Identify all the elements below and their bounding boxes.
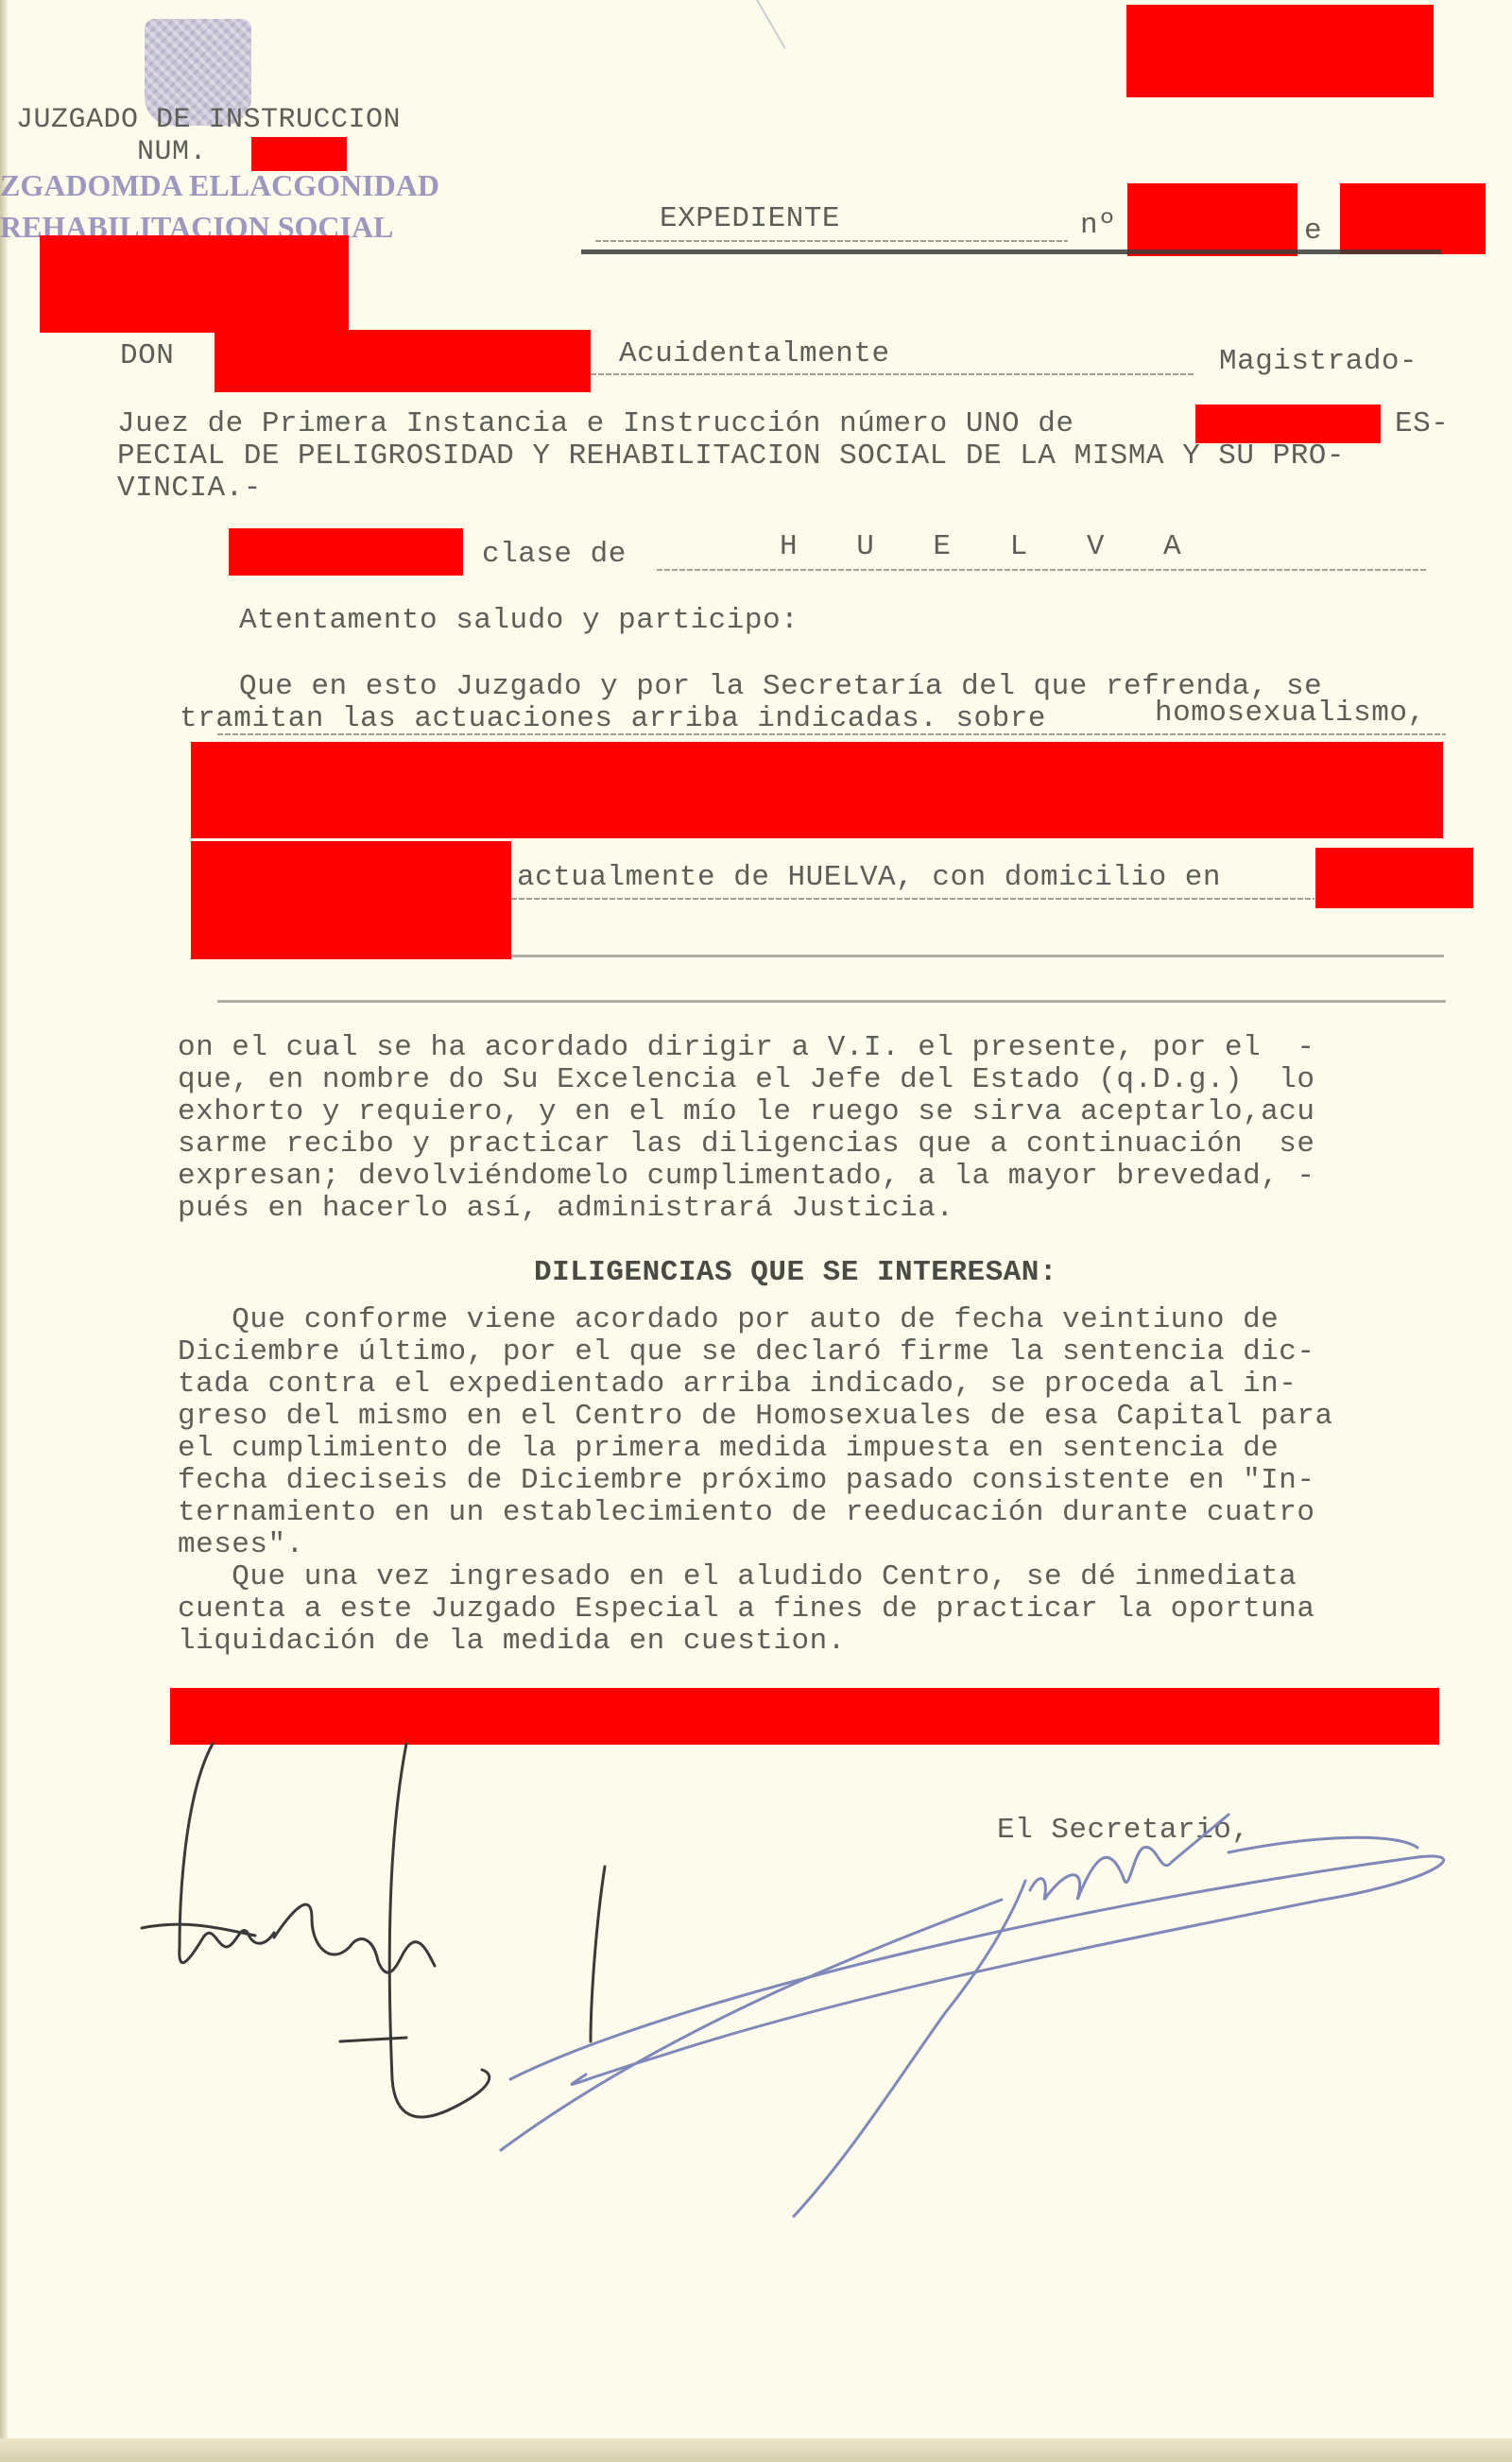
page-edge-bottom xyxy=(0,2438,1512,2462)
judge-signature xyxy=(142,1744,605,2117)
signatures xyxy=(0,0,1512,2462)
secretary-signature xyxy=(501,1815,1444,2216)
